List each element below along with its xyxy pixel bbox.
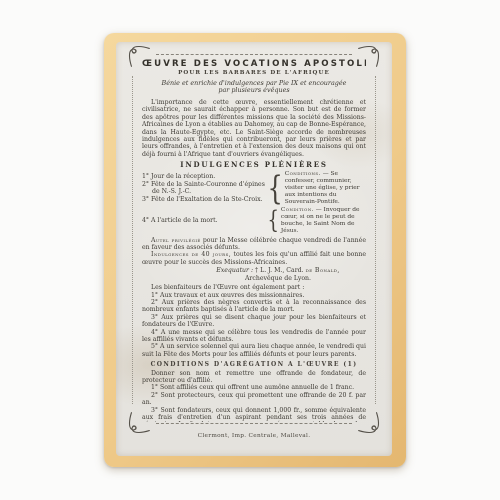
conditions-label: Conditions. (285, 171, 321, 177)
benefit-item: 2° Aux prières des nègres convertis et à… (142, 299, 366, 314)
pamphlet-card: ŒUVRE DES VOCATIONS APOSTOLIQUES POUR LE… (104, 33, 406, 467)
forty-days-label: Indulgences de 40 jours, (151, 251, 231, 258)
frame-left-line (132, 76, 133, 404)
plenary-row-1: 1° Jour de la réception. 2° Fête de la S… (142, 171, 366, 206)
exequatur-signature: † L. J. M., Card. (255, 267, 304, 274)
paper-sheet: ŒUVRE DES VOCATIONS APOSTOLIQUES POUR LE… (116, 42, 392, 456)
cardinal-name: de Bonald, (306, 267, 340, 274)
privileged-altar-paragraph: Autel privilégié pour la Messe célébrée … (142, 237, 366, 252)
privileged-altar-label: Autel privilégié (151, 237, 201, 244)
frame-bottom-dashed-line (156, 423, 352, 424)
plenary-item: 1° Jour de la réception. (142, 173, 267, 180)
condition-text: Condition. — Invoquer de cœur, si on ne … (281, 207, 366, 235)
benefit-item: 5° A un service solennel qui aura lieu c… (142, 343, 366, 358)
plenary-item: 4° A l'article de la mort. (142, 217, 267, 224)
frame-right-line (375, 76, 376, 404)
dedication-line: Bénie et enrichie d'indulgences par Pie … (142, 80, 366, 95)
benefit-item: 4° A une messe qui se célèbre tous les v… (142, 329, 366, 344)
left-brace-icon: { (267, 209, 278, 233)
conditions-note-b: { Condition. — Invoquer de cœur, si on n… (267, 207, 366, 235)
left-brace-icon: { (267, 172, 282, 204)
aggregation-heading: CONDITIONS D'AGRÉGATION A L'ŒUVRE (1) (142, 361, 366, 368)
aggregation-lead: Donner son nom et remettre une offrande … (142, 370, 366, 385)
exequatur-line: Exequatur : † L. J. M., Card. de Bonald, (142, 267, 366, 274)
aggregation-item: 3° Sont fondateurs, ceux qui donnent 1,0… (142, 407, 366, 422)
conditions-text: Conditions. — Se confesser, communier, v… (285, 171, 366, 206)
printer-imprint: Clermont, Imp. Centrale, Malleval. (116, 433, 392, 439)
conditions-note-a: { Conditions. — Se confesser, communier,… (267, 171, 366, 206)
plenary-death-item: 4° A l'article de la mort. (142, 217, 267, 224)
page-subtitle: POUR LES BARBARES DE L'AFRIQUE (142, 70, 366, 77)
benefits-lead: Les bienfaiteurs de l'Œuvre ont égalemen… (142, 284, 366, 291)
condition-label: Condition. (281, 207, 314, 213)
forty-days-paragraph: Indulgences de 40 jours, toutes les fois… (142, 251, 366, 266)
frame-top-dashed-line (156, 54, 352, 55)
page-title: ŒUVRE DES VOCATIONS APOSTOLIQUES (142, 61, 366, 68)
ornamental-frame: ŒUVRE DES VOCATIONS APOSTOLIQUES POUR LE… (132, 50, 376, 426)
benefit-item: 1° Aux travaux et aux œuvres des mission… (142, 292, 366, 299)
aggregation-item: 1° Sont affiliés ceux qui offrent une au… (142, 384, 366, 391)
benefit-item: 3° Aux prières qui se disent chaque jour… (142, 314, 366, 329)
plenary-row-2: 4° A l'article de la mort. { Condition. … (142, 207, 366, 235)
document-body: ŒUVRE DES VOCATIONS APOSTOLIQUES POUR LE… (142, 58, 366, 422)
archbishop-line: Archevêque de Lyon. (142, 275, 366, 282)
plenary-item: 2° Fête de la Sainte-Couronne d'épines d… (142, 181, 267, 196)
plenary-feast-list: 1° Jour de la réception. 2° Fête de la S… (142, 173, 267, 203)
intro-paragraph: L'importance de cette œuvre, essentielle… (142, 99, 366, 158)
aggregation-item: 2° Sont protecteurs, ceux qui promettent… (142, 392, 366, 407)
plenary-item: 3° Fête de l'Exaltation de la Ste-Croix. (142, 196, 267, 203)
exequatur-label: Exequatur : (216, 267, 253, 274)
plenary-indulgences-heading: INDULGENCES PLÉNIÈRES (142, 161, 366, 168)
